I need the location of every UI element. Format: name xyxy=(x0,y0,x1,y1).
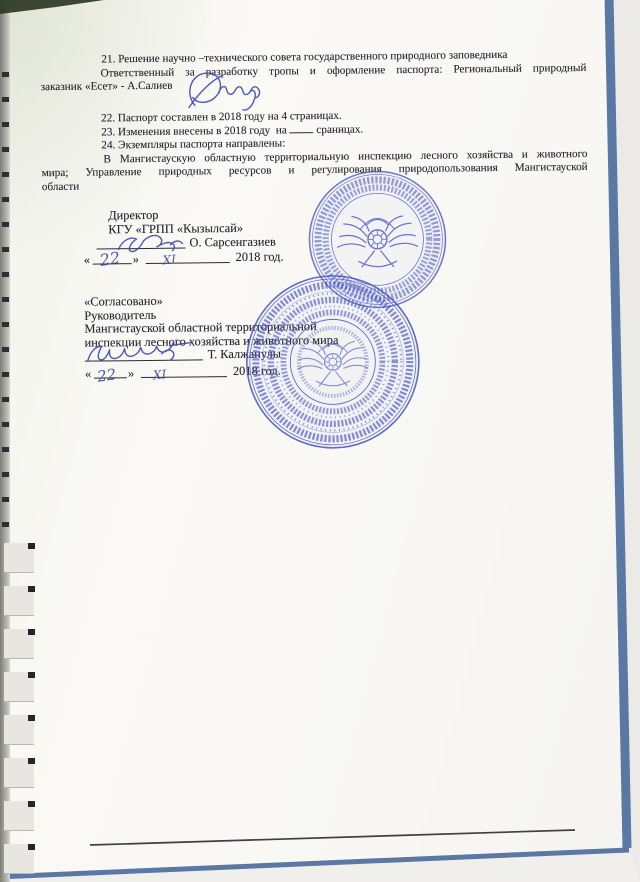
footer-rule-layer xyxy=(0,0,640,882)
scanned-document-page: 21. Решение научно –технического совета … xyxy=(0,0,640,882)
footer-signature-rule xyxy=(90,830,575,845)
